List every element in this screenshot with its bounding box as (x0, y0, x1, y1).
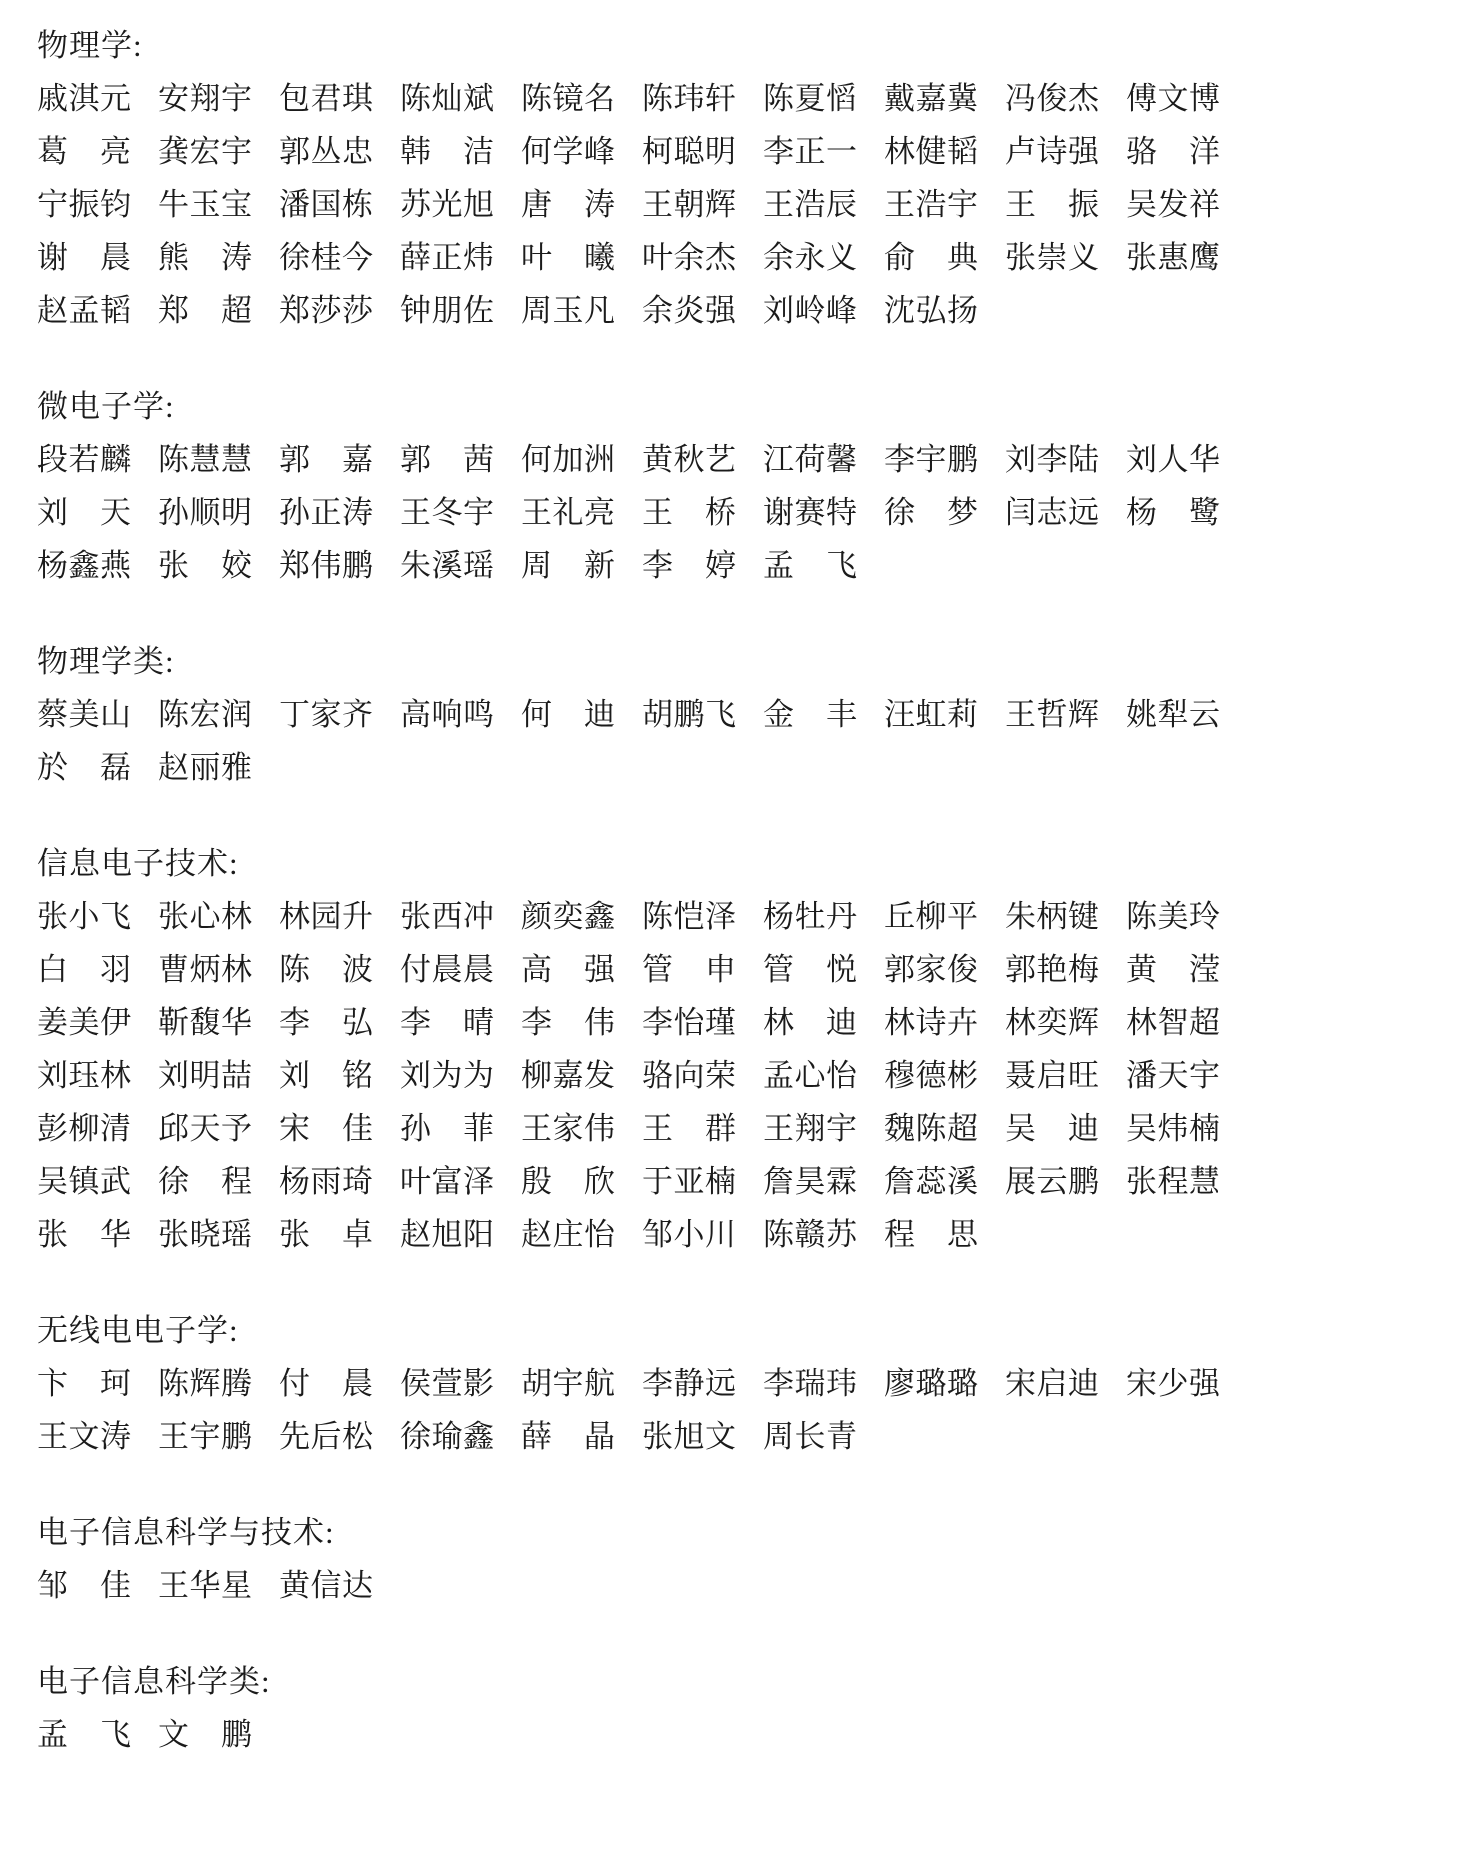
person-name: 谢晨 (37, 231, 131, 284)
person-name: 於磊 (37, 741, 131, 794)
name-list: 段若麟陈慧慧郭嘉郭茜何加洲黄秋艺江荷馨李宇鹏刘李陆刘人华刘天孙顺明孙正涛王冬宇王… (37, 433, 1253, 592)
person-name: 杨鑫燕 (37, 539, 131, 592)
person-name: 殷欣 (521, 1155, 615, 1208)
person-name: 刘人华 (1126, 433, 1220, 486)
person-name: 潘天宇 (1126, 1049, 1220, 1102)
person-name: 陈恺泽 (642, 890, 736, 943)
person-name: 朱柄键 (1005, 890, 1099, 943)
person-name: 叶富泽 (400, 1155, 494, 1208)
person-name: 叶曦 (521, 231, 615, 284)
person-name: 陈夏慆 (763, 72, 857, 125)
person-name: 王华星 (158, 1559, 252, 1612)
person-name: 郭茜 (400, 433, 494, 486)
person-name: 刘天 (37, 486, 131, 539)
person-name: 李怡瑾 (642, 996, 736, 1049)
person-name: 邹佳 (37, 1559, 131, 1612)
person-name: 柳嘉发 (521, 1049, 615, 1102)
person-name: 刘珏林 (37, 1049, 131, 1102)
person-name: 展云鹏 (1005, 1155, 1099, 1208)
person-name: 管悦 (763, 943, 857, 996)
person-name: 陈宏润 (158, 688, 252, 741)
person-name: 杨雨琦 (279, 1155, 373, 1208)
person-name: 包君琪 (279, 72, 373, 125)
person-name: 高强 (521, 943, 615, 996)
person-name: 张惠鹰 (1126, 231, 1220, 284)
person-name: 赵庄怡 (521, 1208, 615, 1261)
person-name: 陈慧慧 (158, 433, 252, 486)
person-name: 程思 (884, 1208, 978, 1261)
person-name: 张姣 (158, 539, 252, 592)
person-name: 薛晶 (521, 1410, 615, 1463)
person-name: 蔡美山 (37, 688, 131, 741)
person-name: 宋启迪 (1005, 1357, 1099, 1410)
person-name: 俞典 (884, 231, 978, 284)
person-name: 柯聪明 (642, 125, 736, 178)
person-name: 周新 (521, 539, 615, 592)
person-name: 付晨 (279, 1357, 373, 1410)
person-name: 余炎强 (642, 284, 736, 337)
person-name: 张旭文 (642, 1410, 736, 1463)
person-name: 胡宇航 (521, 1357, 615, 1410)
person-name: 颜奕鑫 (521, 890, 615, 943)
person-name: 孙菲 (400, 1102, 494, 1155)
person-name: 傅文博 (1126, 72, 1220, 125)
person-name: 闫志远 (1005, 486, 1099, 539)
person-name: 刘李陆 (1005, 433, 1099, 486)
major-section: 电子信息科学与技术: 邹佳王华星黄信达 (37, 1507, 1454, 1612)
major-section: 微电子学: 段若麟陈慧慧郭嘉郭茜何加洲黄秋艺江荷馨李宇鹏刘李陆刘人华刘天孙顺明孙… (37, 381, 1454, 592)
person-name: 彭柳清 (37, 1102, 131, 1155)
person-name: 孟飞 (37, 1708, 131, 1761)
person-name: 王翔宇 (763, 1102, 857, 1155)
person-name: 林诗卉 (884, 996, 978, 1049)
person-name: 孙正涛 (279, 486, 373, 539)
person-name: 宁振钧 (37, 178, 131, 231)
person-name: 丁家齐 (279, 688, 373, 741)
person-name: 张崇义 (1005, 231, 1099, 284)
person-name: 汪虹莉 (884, 688, 978, 741)
person-name: 戴嘉冀 (884, 72, 978, 125)
person-name: 白羽 (37, 943, 131, 996)
person-name: 冯俊杰 (1005, 72, 1099, 125)
section-title: 物理学: (37, 20, 1454, 72)
name-list: 卞珂陈辉腾付晨侯萱影胡宇航李静远李瑞玮廖璐璐宋启迪宋少强王文涛王宇鹏先后松徐瑜鑫… (37, 1357, 1253, 1463)
person-name: 潘国栋 (279, 178, 373, 231)
person-name: 李正一 (763, 125, 857, 178)
person-name: 王群 (642, 1102, 736, 1155)
person-name: 廖璐璐 (884, 1357, 978, 1410)
person-name: 江荷馨 (763, 433, 857, 486)
person-name: 张心林 (158, 890, 252, 943)
person-name: 陈灿斌 (400, 72, 494, 125)
person-name: 段若麟 (37, 433, 131, 486)
person-name: 靳馥华 (158, 996, 252, 1049)
person-name: 赵孟韬 (37, 284, 131, 337)
person-name: 熊涛 (158, 231, 252, 284)
person-name: 高响鸣 (400, 688, 494, 741)
person-name: 王礼亮 (521, 486, 615, 539)
person-name: 宋少强 (1126, 1357, 1220, 1410)
name-list: 张小飞张心林林园升张西冲颜奕鑫陈恺泽杨牡丹丘柳平朱柄键陈美玲白羽曹炳林陈波付晨晨… (37, 890, 1253, 1261)
person-name: 丘柳平 (884, 890, 978, 943)
person-name: 魏陈超 (884, 1102, 978, 1155)
person-name: 卢诗强 (1005, 125, 1099, 178)
person-name: 王朝辉 (642, 178, 736, 231)
person-name: 唐涛 (521, 178, 615, 231)
person-name: 徐瑜鑫 (400, 1410, 494, 1463)
person-name: 于亚楠 (642, 1155, 736, 1208)
person-name: 先后松 (279, 1410, 373, 1463)
person-name: 骆洋 (1126, 125, 1220, 178)
person-name: 吴发祥 (1126, 178, 1220, 231)
person-name: 陈镜名 (521, 72, 615, 125)
person-name: 钟朋佐 (400, 284, 494, 337)
person-name: 詹昊霖 (763, 1155, 857, 1208)
person-name: 詹蕊溪 (884, 1155, 978, 1208)
person-name: 刘明喆 (158, 1049, 252, 1102)
name-list: 戚淇元安翔宇包君琪陈灿斌陈镜名陈玮轩陈夏慆戴嘉冀冯俊杰傅文博葛亮龚宏宇郭丛忠韩洁… (37, 72, 1253, 337)
person-name: 林园升 (279, 890, 373, 943)
person-name: 黄滢 (1126, 943, 1220, 996)
person-name: 王桥 (642, 486, 736, 539)
section-title: 物理学类: (37, 636, 1454, 688)
major-section: 物理学类: 蔡美山陈宏润丁家齐高响鸣何迪胡鹏飞金丰汪虹莉王哲辉姚犁云於磊赵丽雅 (37, 636, 1454, 794)
person-name: 徐梦 (884, 486, 978, 539)
person-name: 张华 (37, 1208, 131, 1261)
section-title: 电子信息科学类: (37, 1656, 1454, 1708)
name-list: 邹佳王华星黄信达 (37, 1559, 1253, 1612)
person-name: 宋佳 (279, 1102, 373, 1155)
person-name: 龚宏宇 (158, 125, 252, 178)
person-name: 孟心怡 (763, 1049, 857, 1102)
person-name: 朱溪瑶 (400, 539, 494, 592)
person-name: 王冬宇 (400, 486, 494, 539)
person-name: 李静远 (642, 1357, 736, 1410)
person-name: 王振 (1005, 178, 1099, 231)
section-title: 信息电子技术: (37, 838, 1454, 890)
person-name: 李婷 (642, 539, 736, 592)
person-name: 戚淇元 (37, 72, 131, 125)
person-name: 李弘 (279, 996, 373, 1049)
person-name: 周长青 (763, 1410, 857, 1463)
person-name: 黄秋艺 (642, 433, 736, 486)
person-name: 黄信达 (279, 1559, 373, 1612)
person-name: 郑伟鹏 (279, 539, 373, 592)
person-name: 陈玮轩 (642, 72, 736, 125)
person-name: 林迪 (763, 996, 857, 1049)
person-name: 胡鹏飞 (642, 688, 736, 741)
person-name: 林智超 (1126, 996, 1220, 1049)
person-name: 骆向荣 (642, 1049, 736, 1102)
person-name: 穆德彬 (884, 1049, 978, 1102)
person-name: 张小飞 (37, 890, 131, 943)
major-section: 物理学: 戚淇元安翔宇包君琪陈灿斌陈镜名陈玮轩陈夏慆戴嘉冀冯俊杰傅文博葛亮龚宏宇… (37, 20, 1454, 337)
person-name: 郭丛忠 (279, 125, 373, 178)
person-name: 张西冲 (400, 890, 494, 943)
person-name: 吴镇武 (37, 1155, 131, 1208)
person-name: 李宇鹏 (884, 433, 978, 486)
person-name: 郭艳梅 (1005, 943, 1099, 996)
person-name: 何学峰 (521, 125, 615, 178)
section-title: 无线电电子学: (37, 1305, 1454, 1357)
person-name: 孟飞 (763, 539, 857, 592)
person-name: 陈波 (279, 943, 373, 996)
person-name: 李晴 (400, 996, 494, 1049)
name-list: 蔡美山陈宏润丁家齐高响鸣何迪胡鹏飞金丰汪虹莉王哲辉姚犁云於磊赵丽雅 (37, 688, 1253, 794)
person-name: 葛亮 (37, 125, 131, 178)
person-name: 付晨晨 (400, 943, 494, 996)
person-name: 李伟 (521, 996, 615, 1049)
person-name: 金丰 (763, 688, 857, 741)
major-section: 电子信息科学类: 孟飞文鹏 (37, 1656, 1454, 1761)
person-name: 孙顺明 (158, 486, 252, 539)
major-section: 信息电子技术: 张小飞张心林林园升张西冲颜奕鑫陈恺泽杨牡丹丘柳平朱柄键陈美玲白羽… (37, 838, 1454, 1261)
person-name: 陈赣苏 (763, 1208, 857, 1261)
person-name: 何迪 (521, 688, 615, 741)
person-name: 韩洁 (400, 125, 494, 178)
person-name: 姚犁云 (1126, 688, 1220, 741)
person-name: 王浩辰 (763, 178, 857, 231)
person-name: 杨鹭 (1126, 486, 1220, 539)
person-name: 王浩宇 (884, 178, 978, 231)
person-name: 张程慧 (1126, 1155, 1220, 1208)
person-name: 李瑞玮 (763, 1357, 857, 1410)
person-name: 张晓瑶 (158, 1208, 252, 1261)
person-name: 赵旭阳 (400, 1208, 494, 1261)
major-section: 无线电电子学: 卞珂陈辉腾付晨侯萱影胡宇航李静远李瑞玮廖璐璐宋启迪宋少强王文涛王… (37, 1305, 1454, 1463)
person-name: 叶余杰 (642, 231, 736, 284)
person-name: 吴迪 (1005, 1102, 1099, 1155)
person-name: 管申 (642, 943, 736, 996)
person-name: 林奕辉 (1005, 996, 1099, 1049)
person-name: 赵丽雅 (158, 741, 252, 794)
person-name: 薛正炜 (400, 231, 494, 284)
section-title: 电子信息科学与技术: (37, 1507, 1454, 1559)
person-name: 王文涛 (37, 1410, 131, 1463)
document-page: 物理学: 戚淇元安翔宇包君琪陈灿斌陈镜名陈玮轩陈夏慆戴嘉冀冯俊杰傅文博葛亮龚宏宇… (0, 0, 1484, 1873)
person-name: 王宇鹏 (158, 1410, 252, 1463)
person-name: 姜美伊 (37, 996, 131, 1049)
person-name: 张卓 (279, 1208, 373, 1261)
person-name: 谢赛特 (763, 486, 857, 539)
person-name: 刘铭 (279, 1049, 373, 1102)
person-name: 邱天予 (158, 1102, 252, 1155)
person-name: 郭嘉 (279, 433, 373, 486)
person-name: 杨牡丹 (763, 890, 857, 943)
person-name: 陈美玲 (1126, 890, 1220, 943)
person-name: 刘为为 (400, 1049, 494, 1102)
person-name: 林健韬 (884, 125, 978, 178)
person-name: 卞珂 (37, 1357, 131, 1410)
person-name: 安翔宇 (158, 72, 252, 125)
person-name: 苏光旭 (400, 178, 494, 231)
person-name: 徐程 (158, 1155, 252, 1208)
person-name: 牛玉宝 (158, 178, 252, 231)
person-name: 郑莎莎 (279, 284, 373, 337)
person-name: 郭家俊 (884, 943, 978, 996)
person-name: 吴炜楠 (1126, 1102, 1220, 1155)
person-name: 沈弘扬 (884, 284, 978, 337)
name-list: 孟飞文鹏 (37, 1708, 1253, 1761)
person-name: 郑超 (158, 284, 252, 337)
person-name: 余永义 (763, 231, 857, 284)
person-name: 何加洲 (521, 433, 615, 486)
person-name: 曹炳林 (158, 943, 252, 996)
person-name: 周玉凡 (521, 284, 615, 337)
person-name: 聂启旺 (1005, 1049, 1099, 1102)
person-name: 陈辉腾 (158, 1357, 252, 1410)
person-name: 王家伟 (521, 1102, 615, 1155)
person-name: 邹小川 (642, 1208, 736, 1261)
person-name: 刘岭峰 (763, 284, 857, 337)
person-name: 王哲辉 (1005, 688, 1099, 741)
section-title: 微电子学: (37, 381, 1454, 433)
person-name: 文鹏 (158, 1708, 252, 1761)
person-name: 侯萱影 (400, 1357, 494, 1410)
person-name: 徐桂今 (279, 231, 373, 284)
